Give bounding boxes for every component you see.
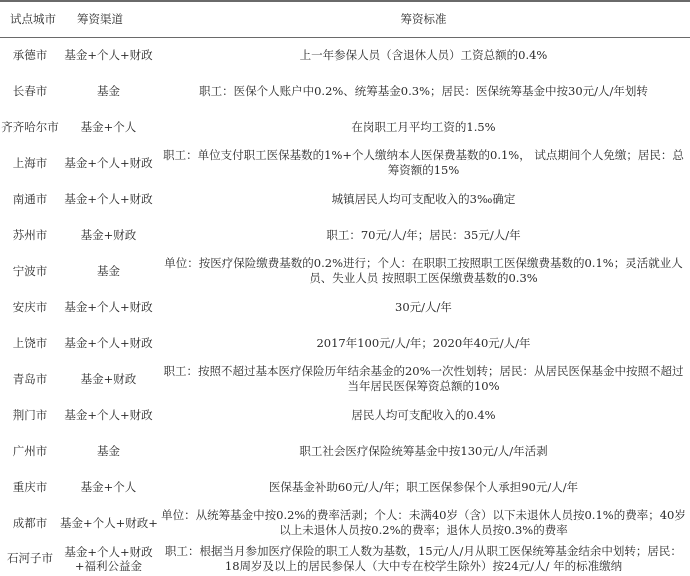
table-row: 南通市 基金+个人+财政 城镇居民人均可支配收入的3‰确定: [0, 181, 690, 217]
table-row: 成都市 基金+个人+财政+ 单位：从统筹基金中按0.2%的费率活剥；个人：未满4…: [0, 505, 690, 541]
table-row: 荆门市 基金+个人+财政 居民人均可支配收入的0.4%: [0, 397, 690, 433]
cell-channel: 基金+个人+财政: [60, 325, 157, 361]
cell-standard: 职工：医保个人账户中0.2%、统筹基金0.3%；居民：医保统筹基金中按30元/人…: [157, 73, 690, 109]
cell-channel: 基金: [60, 433, 157, 469]
cell-channel: 基金+个人: [60, 109, 157, 145]
table-row: 安庆市 基金+个人+财政 30元/人/年: [0, 289, 690, 325]
cell-standard: 在岗职工月平均工资的1.5%: [157, 109, 690, 145]
cell-standard: 城镇居民人均可支配收入的3‰确定: [157, 181, 690, 217]
cell-city: 青岛市: [0, 361, 60, 397]
header-pilot-city: 试点城市: [0, 1, 60, 37]
table-row: 上饶市 基金+个人+财政 2017年100元/人/年；2020年40元/人/年: [0, 325, 690, 361]
cell-city: 长春市: [0, 73, 60, 109]
table-row: 宁波市 基金 单位：按医疗保险缴费基数的0.2%进行；个人：在职职工按照职工医保…: [0, 253, 690, 289]
cell-standard: 医保基金补助60元/人/年；职工医保参保个人承担90元/人/年: [157, 469, 690, 505]
table-row: 长春市 基金 职工：医保个人账户中0.2%、统筹基金0.3%；居民：医保统筹基金…: [0, 73, 690, 109]
cell-city: 南通市: [0, 181, 60, 217]
cell-channel: 基金+个人+财政: [60, 181, 157, 217]
cell-standard: 职工：70元/人/年；居民：35元/人/年: [157, 217, 690, 253]
cell-city: 承德市: [0, 37, 60, 73]
cell-channel: 基金+个人+财政: [60, 145, 157, 181]
cell-channel: 基金+个人+财政: [60, 289, 157, 325]
header-funding-channel: 筹资渠道: [60, 1, 157, 37]
table-row: 石河子市 基金+个人+财政+福利公益金 职工：根据当月参加医疗保险的职工人数为基…: [0, 541, 690, 576]
cell-city: 安庆市: [0, 289, 60, 325]
cell-standard: 上一年参保人员（含退休人员）工资总额的0.4%: [157, 37, 690, 73]
cell-city: 重庆市: [0, 469, 60, 505]
table-header: 试点城市 筹资渠道 筹资标准: [0, 1, 690, 37]
cell-standard: 职工社会医疗保险统筹基金中按130元/人/年活剥: [157, 433, 690, 469]
cell-city: 成都市: [0, 505, 60, 541]
cell-channel: 基金: [60, 73, 157, 109]
header-funding-standard: 筹资标准: [157, 1, 690, 37]
cell-channel: 基金: [60, 253, 157, 289]
cell-city: 石河子市: [0, 541, 60, 576]
table-row: 上海市 基金+个人+财政 职工：单位支付职工医保基数的1%+个人缴纳本人医保费基…: [0, 145, 690, 181]
table-row: 苏州市 基金+财政 职工：70元/人/年；居民：35元/人/年: [0, 217, 690, 253]
cell-channel: 基金+个人+财政: [60, 37, 157, 73]
cell-standard: 职工：按照不超过基本医疗保险历年结余基金的20%一次性划转；居民：从居民医保基金…: [157, 361, 690, 397]
cell-city: 荆门市: [0, 397, 60, 433]
cell-standard: 职工：根据当月参加医疗保险的职工人数为基数，15元/人/月从职工医保统筹基金结余…: [157, 541, 690, 576]
cell-standard: 30元/人/年: [157, 289, 690, 325]
table-row: 承德市 基金+个人+财政 上一年参保人员（含退休人员）工资总额的0.4%: [0, 37, 690, 73]
table-row: 重庆市 基金+个人 医保基金补助60元/人/年；职工医保参保个人承担90元/人/…: [0, 469, 690, 505]
table-body: 承德市 基金+个人+财政 上一年参保人员（含退休人员）工资总额的0.4% 长春市…: [0, 37, 690, 576]
table-row: 齐齐哈尔市 基金+个人 在岗职工月平均工资的1.5%: [0, 109, 690, 145]
funding-standards-table: 试点城市 筹资渠道 筹资标准 承德市 基金+个人+财政 上一年参保人员（含退休人…: [0, 0, 690, 576]
cell-standard: 职工：单位支付职工医保基数的1%+个人缴纳本人医保费基数的0.1%， 试点期间个…: [157, 145, 690, 181]
header-row: 试点城市 筹资渠道 筹资标准: [0, 1, 690, 37]
cell-standard: 2017年100元/人/年；2020年40元/人/年: [157, 325, 690, 361]
cell-channel: 基金+财政: [60, 361, 157, 397]
cell-city: 上饶市: [0, 325, 60, 361]
cell-standard: 单位：从统筹基金中按0.2%的费率活剥；个人：未满40岁（含）以下未退休人员按0…: [157, 505, 690, 541]
cell-channel: 基金+个人: [60, 469, 157, 505]
cell-city: 宁波市: [0, 253, 60, 289]
cell-standard: 居民人均可支配收入的0.4%: [157, 397, 690, 433]
cell-standard: 单位：按医疗保险缴费基数的0.2%进行；个人：在职职工按照职工医保缴费基数的0.…: [157, 253, 690, 289]
cell-channel: 基金+个人+财政: [60, 397, 157, 433]
table-row: 广州市 基金 职工社会医疗保险统筹基金中按130元/人/年活剥: [0, 433, 690, 469]
cell-channel: 基金+个人+财政+: [60, 505, 157, 541]
funding-standards-table-container: 试点城市 筹资渠道 筹资标准 承德市 基金+个人+财政 上一年参保人员（含退休人…: [0, 0, 690, 576]
cell-channel: 基金+财政: [60, 217, 157, 253]
cell-city: 苏州市: [0, 217, 60, 253]
cell-city: 广州市: [0, 433, 60, 469]
cell-city: 齐齐哈尔市: [0, 109, 60, 145]
table-row: 青岛市 基金+财政 职工：按照不超过基本医疗保险历年结余基金的20%一次性划转；…: [0, 361, 690, 397]
cell-city: 上海市: [0, 145, 60, 181]
cell-channel: 基金+个人+财政+福利公益金: [60, 541, 157, 576]
